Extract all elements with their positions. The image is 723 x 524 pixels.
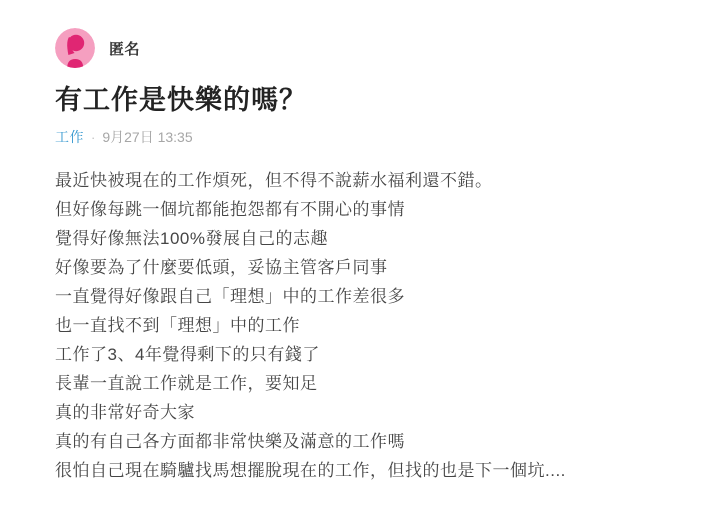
avatar <box>55 28 95 68</box>
body-line: 覺得好像無法100%發展自己的志趣 <box>55 224 668 253</box>
meta-separator: · <box>91 130 95 145</box>
author-row: 匿名 <box>55 28 668 68</box>
body-line: 工作了3、4年覺得剩下的只有錢了 <box>55 340 668 369</box>
post-container: 匿名 有工作是快樂的嗎？ 工作 · 9月27日 13:35 最近快被現在的工作煩… <box>0 0 723 485</box>
author-name: 匿名 <box>109 38 140 59</box>
body-line: 真的非常好奇大家 <box>55 398 668 427</box>
body-line: 但好像每跳一個坑都能抱怨都有不開心的事情 <box>55 195 668 224</box>
post-meta: 工作 · 9月27日 13:35 <box>55 127 668 147</box>
body-line: 真的有自己各方面都非常快樂及滿意的工作嗎 <box>55 427 668 456</box>
category-link[interactable]: 工作 <box>55 127 84 147</box>
body-line: 最近快被現在的工作煩死，但不得不說薪水福利還不錯。 <box>55 166 668 195</box>
body-line: 好像要為了什麼要低頭，妥協主管客戶同事 <box>55 253 668 282</box>
body-line: 長輩一直說工作就是工作，要知足 <box>55 369 668 398</box>
anonymous-person-icon <box>55 28 95 68</box>
post-body: 最近快被現在的工作煩死，但不得不說薪水福利還不錯。但好像每跳一個坑都能抱怨都有不… <box>55 166 668 485</box>
post-title: 有工作是快樂的嗎？ <box>55 83 668 117</box>
body-line: 也一直找不到「理想」中的工作 <box>55 311 668 340</box>
body-line: 很怕自己現在騎驢找馬想擺脫現在的工作，但找的也是下一個坑.... <box>55 456 668 485</box>
timestamp: 9月27日 13:35 <box>102 127 192 147</box>
body-line: 一直覺得好像跟自己「理想」中的工作差很多 <box>55 282 668 311</box>
